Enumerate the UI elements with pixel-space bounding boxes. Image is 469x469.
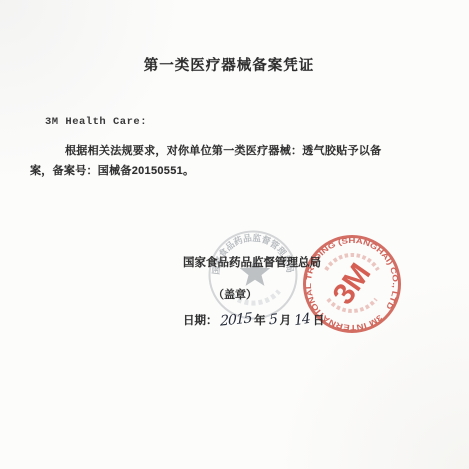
- seal-here-note: （盖章）: [213, 286, 257, 302]
- company-seal-center-logo: 3M: [327, 257, 378, 310]
- month-unit: 月: [280, 315, 292, 327]
- issuing-agency-name: 国家食品药品监督管理总局: [183, 254, 321, 270]
- year-unit: 年: [254, 315, 266, 327]
- day-unit: 日: [313, 315, 325, 327]
- certificate-document: 第一类医疗器械备案凭证 3M Health Care: 根据相关法规要求，对你单…: [0, 0, 469, 469]
- document-title: 第一类医疗器械备案凭证: [0, 54, 458, 75]
- handwritten-month: 5: [269, 312, 277, 329]
- body-paragraph: 根据相关法规要求，对你单位第一类医疗器械：透气胶贴予以备 案，备案号：国械备20…: [30, 141, 381, 181]
- date-label: 日期：: [183, 315, 218, 327]
- agency-seal-stamp: 国家食品药品监督管理总局: [205, 229, 301, 325]
- handwritten-year: 2015: [220, 310, 251, 329]
- date-line: 日期：2015年5月14日: [183, 312, 325, 328]
- body-line-1: 根据相关法规要求，对你单位第一类医疗器械：透气胶贴予以备: [30, 141, 381, 161]
- recipient-line: 3M Health Care:: [45, 116, 147, 128]
- handwritten-day: 14: [293, 311, 310, 329]
- body-line-2: 案，备案号：国械备20150551。: [30, 161, 381, 181]
